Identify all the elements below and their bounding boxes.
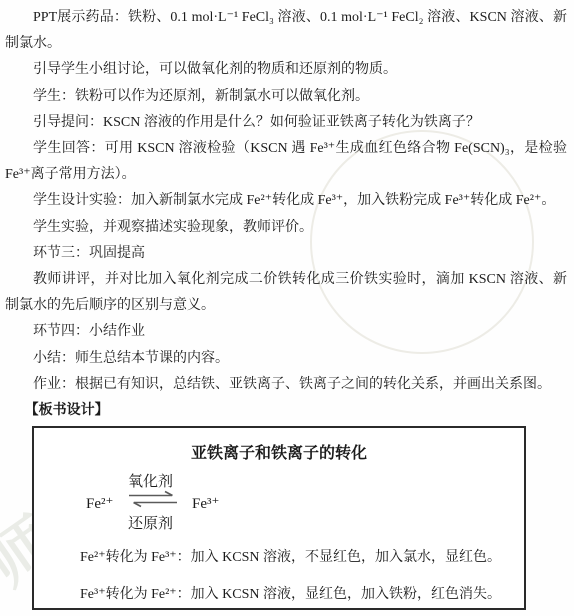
paragraph-student-answer-1: 学生：铁粉可以作为还原剂，新制氯水可以做氧化剂。 — [5, 84, 567, 110]
paragraph-homework: 作业：根据已有知识，总结铁、亚铁离子、铁离子之间的转化关系，并画出关系图。 — [5, 372, 567, 398]
paragraph-student-answer-2: 学生回答：可用 KSCN 溶液检验（KSCN 遇 Fe³⁺生成血红色络合物 Fe… — [5, 136, 567, 188]
lesson-plan-document: PPT展示药品：铁粉、0.1 mol·L⁻¹ FeCl₃ 溶液、0.1 mol·… — [0, 0, 574, 610]
oxidant-label: 氧化剂 — [128, 470, 173, 491]
board-line-fe3-to-fe2: Fe³⁺转化为 Fe²⁺：加入 KCSN 溶液，显红色，加入铁粉，红色消失。 — [80, 583, 501, 603]
board-title: 亚铁离子和铁离子的转化 — [34, 440, 524, 463]
board-design-label: 【板书设计】 — [5, 398, 567, 424]
paragraph-section-4-heading: 环节四：小结作业 — [5, 319, 567, 345]
paragraph-student-experiment: 学生实验，并观察描述实验现象，教师评价。 — [5, 215, 567, 241]
paragraph-experiment-design: 学生设计实验：加入新制氯水完成 Fe²⁺转化成 Fe³⁺，加入铁粉完成 Fe³⁺… — [5, 188, 567, 214]
paragraph-summary: 小结：师生总结本节课的内容。 — [5, 346, 567, 372]
reductant-label: 还原剂 — [128, 512, 173, 533]
paragraph-ppt-reagents: PPT展示药品：铁粉、0.1 mol·L⁻¹ FeCl₃ 溶液、0.1 mol·… — [5, 5, 567, 57]
ferric-ion-formula: Fe³⁺ — [192, 494, 219, 513]
board-line-fe2-to-fe3: Fe²⁺转化为 Fe³⁺：加入 KCSN 溶液，不显红色，加入氯水，显红色。 — [80, 546, 501, 566]
equilibrium-arrows-icon — [126, 490, 180, 508]
paragraph-teacher-comment: 教师讲评，并对比加入氧化剂完成二价铁转化成三价铁实验时，滴加 KSCN 溶液、新… — [5, 267, 567, 319]
paragraph-group-discussion: 引导学生小组讨论，可以做氧化剂的物质和还原剂的物质。 — [5, 57, 567, 83]
ferrous-ion-formula: Fe²⁺ — [86, 494, 113, 513]
paragraph-section-3-heading: 环节三：巩固提高 — [5, 241, 567, 267]
board-design-box: 亚铁离子和铁离子的转化 氧化剂 Fe²⁺ Fe³⁺ 还原剂 Fe²⁺转化为 Fe… — [32, 426, 526, 610]
paragraph-guiding-question: 引导提问：KSCN 溶液的作用是什么？如何验证亚铁离子转化为铁离子？ — [5, 110, 567, 136]
